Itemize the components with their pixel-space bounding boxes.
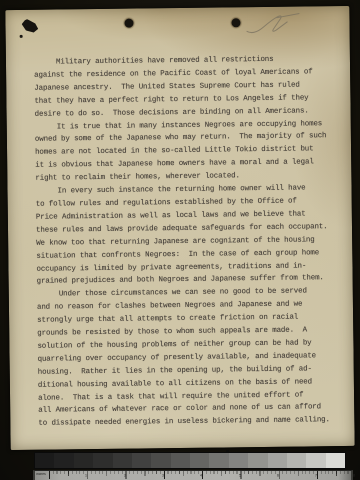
ruler-number: 5 bbox=[239, 474, 241, 478]
grayscale-step bbox=[268, 453, 287, 468]
paragraph: Military authorities have removed all re… bbox=[34, 53, 337, 121]
paragraph: In every such instance the returning hom… bbox=[35, 182, 338, 289]
ruler-number: 7 bbox=[315, 474, 317, 478]
paragraph: It is true that in many instances Negroe… bbox=[35, 118, 338, 186]
grayscale-step bbox=[209, 453, 228, 468]
punch-hole-right bbox=[231, 18, 240, 27]
ruler-number: 4 bbox=[200, 474, 202, 478]
punch-hole-left bbox=[124, 19, 133, 28]
ruler-number: 6 bbox=[277, 474, 279, 478]
paper-page: Military authorities have removed all re… bbox=[5, 6, 354, 450]
ruler-number: 2 bbox=[124, 474, 126, 478]
ruler-inches-label: Inches bbox=[36, 473, 46, 476]
grayscale-step bbox=[132, 453, 151, 468]
ink-speck bbox=[20, 35, 23, 38]
pencil-annotation-mark bbox=[243, 9, 305, 38]
ruler-number: 1 bbox=[85, 474, 87, 478]
grayscale-step bbox=[151, 453, 170, 468]
grayscale-calibration-bar bbox=[34, 452, 346, 469]
grayscale-step bbox=[248, 453, 267, 468]
paragraph: Under those circumstances we can see no … bbox=[37, 285, 341, 431]
text-line: to dissipate needed energies in useless … bbox=[38, 414, 340, 431]
grayscale-step bbox=[306, 453, 325, 468]
typewritten-text: Military authorities have removed all re… bbox=[34, 53, 341, 431]
scan-ruler: Inches 12345678 bbox=[33, 470, 353, 480]
grayscale-step bbox=[74, 453, 93, 468]
grayscale-step bbox=[190, 453, 209, 468]
grayscale-step bbox=[229, 453, 248, 468]
grayscale-step bbox=[35, 453, 54, 468]
grayscale-step bbox=[113, 453, 132, 468]
grayscale-step bbox=[54, 453, 73, 468]
ink-blotch bbox=[20, 18, 40, 35]
grayscale-step bbox=[287, 453, 306, 468]
grayscale-step bbox=[171, 453, 190, 468]
dust-speck bbox=[226, 450, 229, 453]
grayscale-step bbox=[326, 453, 345, 468]
grayscale-step bbox=[93, 453, 112, 468]
ruler-number: 3 bbox=[162, 474, 164, 478]
